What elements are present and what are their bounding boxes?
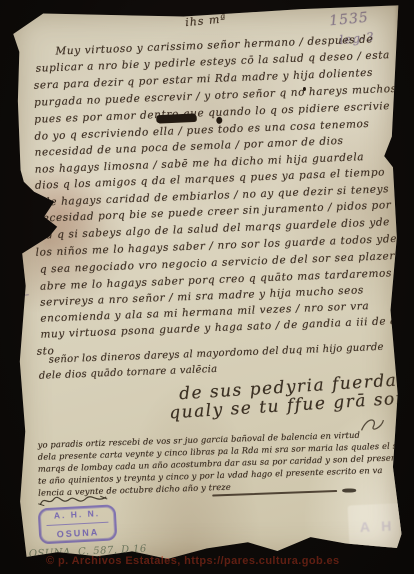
manuscript-photo: ihs mª 1535 leg-3 Muy virtuoso y carissi… — [0, 0, 414, 574]
stamp-text-osuna: OSUNA — [41, 527, 115, 540]
ink-blot — [216, 117, 222, 124]
ghost-stamp-text: A H — [359, 517, 395, 535]
postscript-line: dele dios quādo tornare a valēcia — [39, 364, 218, 382]
stamp-divider — [47, 522, 109, 526]
ghost-stamp-showthrough: A H — [348, 503, 408, 550]
religious-monogram: ihs mª — [185, 12, 227, 29]
stamp-text-ahn: A. H. N. — [40, 509, 114, 521]
archive-stamp: A. H. N. OSUNA — [38, 504, 118, 544]
signature-rubric-flourish — [359, 414, 385, 434]
pencil-year: 1535 — [329, 10, 370, 30]
ink-scribble-strikeout — [156, 113, 196, 123]
paper-sheet: ihs mª 1535 leg-3 Muy virtuoso y carissi… — [7, 2, 405, 566]
flourish-knot — [342, 488, 356, 492]
margin-mark: ‒ — [21, 288, 30, 302]
postscript-line: señor los dineros dareys al mayordomo de… — [49, 342, 384, 366]
ink-speck — [303, 87, 306, 91]
pares-watermark: © p. Archivos Estatales, https://pares.c… — [46, 555, 414, 567]
